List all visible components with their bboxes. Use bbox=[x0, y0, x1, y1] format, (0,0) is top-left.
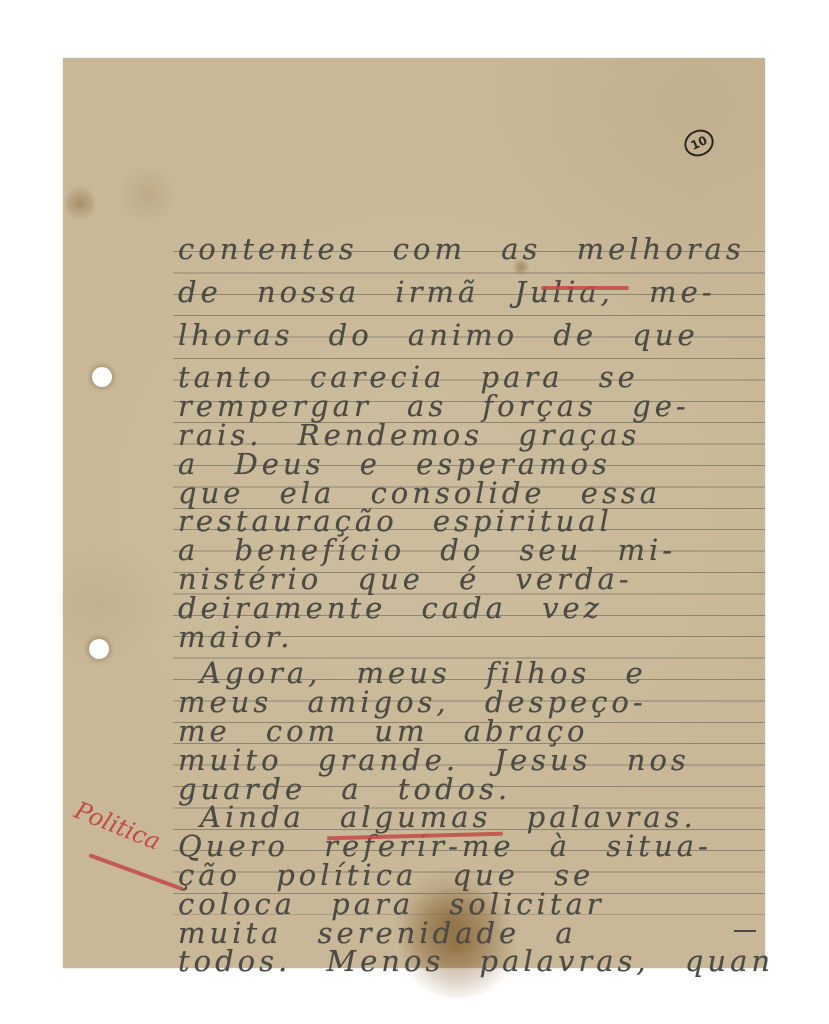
page-number-circled: 10 bbox=[680, 125, 718, 161]
punch-hole-bottom bbox=[89, 639, 109, 659]
handwritten-text: contentes com as melhoras de nossa irmã … bbox=[178, 218, 768, 973]
margin-note-red: Politica bbox=[71, 796, 165, 856]
continuation-dash bbox=[734, 930, 756, 932]
text-line: de nossa irmã Julia, me- bbox=[178, 271, 768, 314]
text-line: lhoras do animo de que bbox=[178, 314, 768, 357]
red-underline-julia bbox=[541, 286, 629, 290]
letter-page: 10 contentes com as melhoras de nossa ir… bbox=[63, 58, 765, 968]
stain-left-margin bbox=[65, 183, 95, 223]
text-line: todos. Menos palavras, quan bbox=[178, 940, 768, 983]
margin-note-underline bbox=[88, 853, 183, 891]
punch-hole-top bbox=[92, 367, 112, 387]
text-line: contentes com as melhoras bbox=[178, 228, 768, 271]
